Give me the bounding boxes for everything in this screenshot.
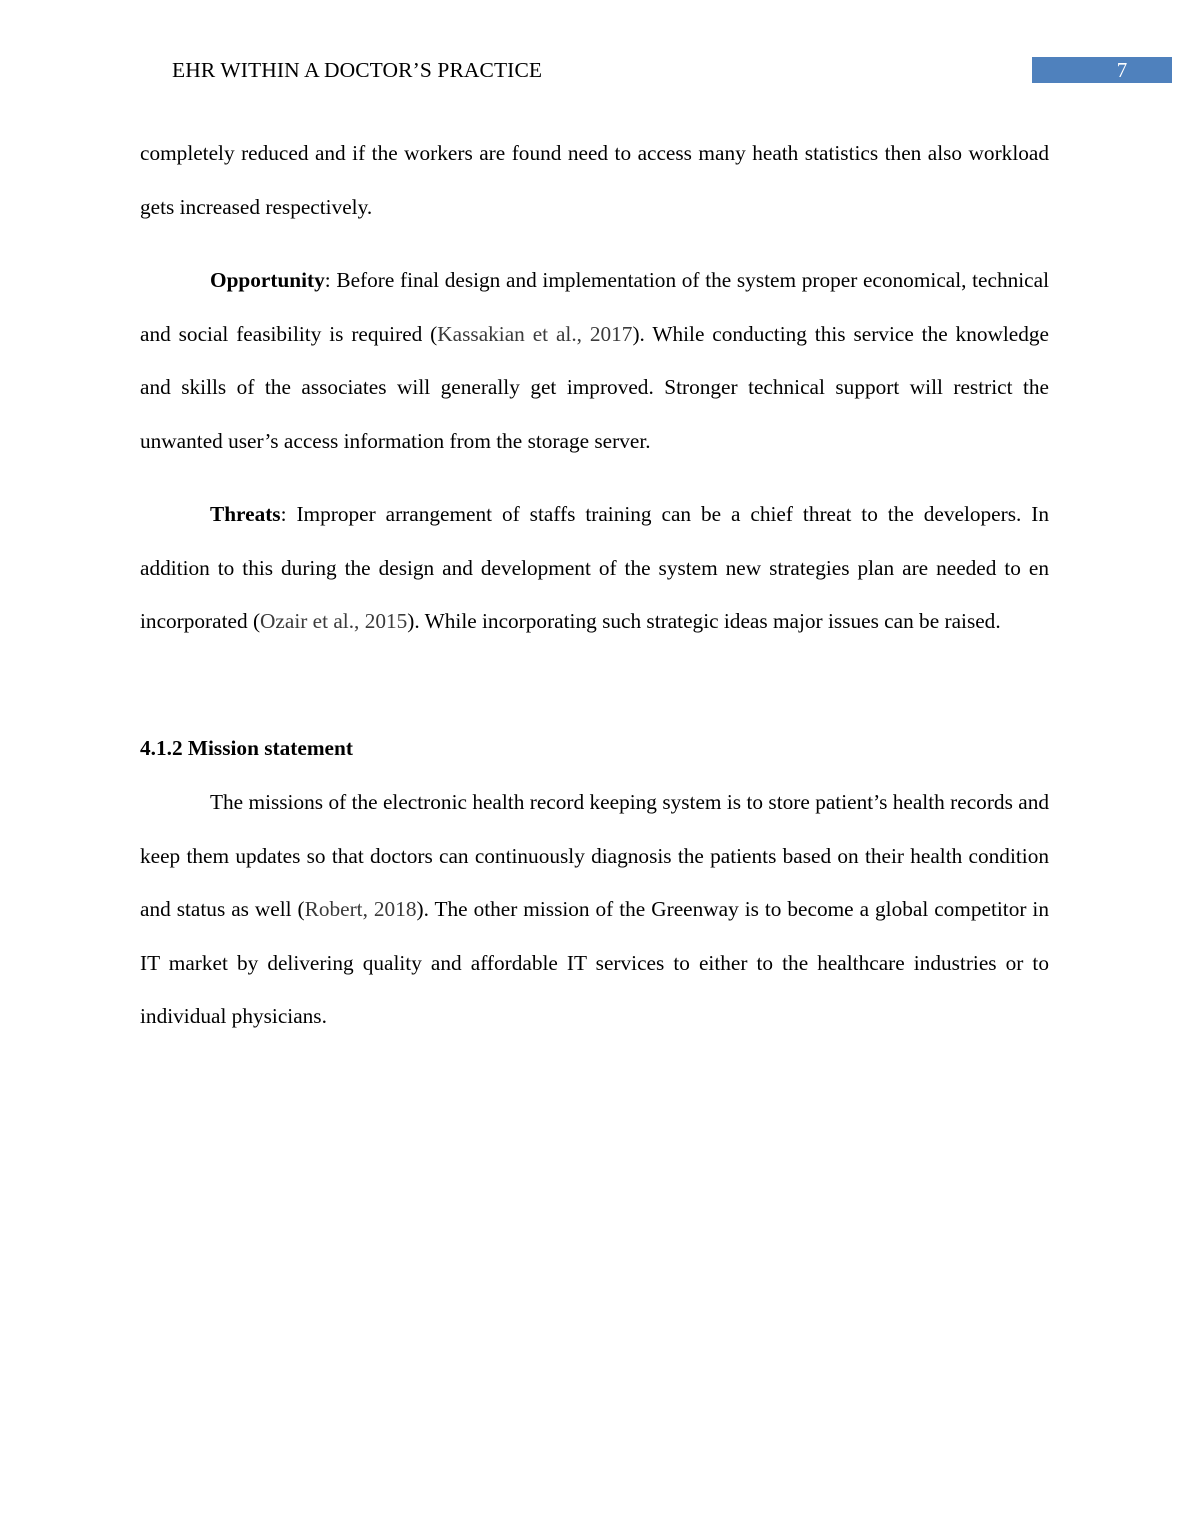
- citation-robert: Robert, 2018: [305, 897, 417, 921]
- citation-kassakian: Kassakian et al., 2017: [437, 322, 632, 346]
- threats-text-2: ). While incorporating such strategic id…: [407, 609, 1000, 633]
- opportunity-label: Opportunity: [210, 268, 325, 292]
- opportunity-paragraph: Opportunity: Before final design and imp…: [140, 254, 1049, 468]
- page-number-box: 7: [1032, 57, 1172, 83]
- running-header-title: EHR WITHIN A DOCTOR’S PRACTICE: [172, 57, 542, 83]
- section-heading-mission-statement: 4.1.2 Mission statement: [140, 722, 1049, 776]
- mission-paragraph: The missions of the electronic health re…: [140, 776, 1049, 1044]
- continuation-paragraph: completely reduced and if the workers ar…: [140, 127, 1049, 234]
- threats-paragraph: Threats: Improper arrangement of staffs …: [140, 488, 1049, 649]
- citation-ozair: Ozair et al., 2015: [260, 609, 407, 633]
- page-number: 7: [1032, 57, 1172, 84]
- threats-label: Threats: [210, 502, 281, 526]
